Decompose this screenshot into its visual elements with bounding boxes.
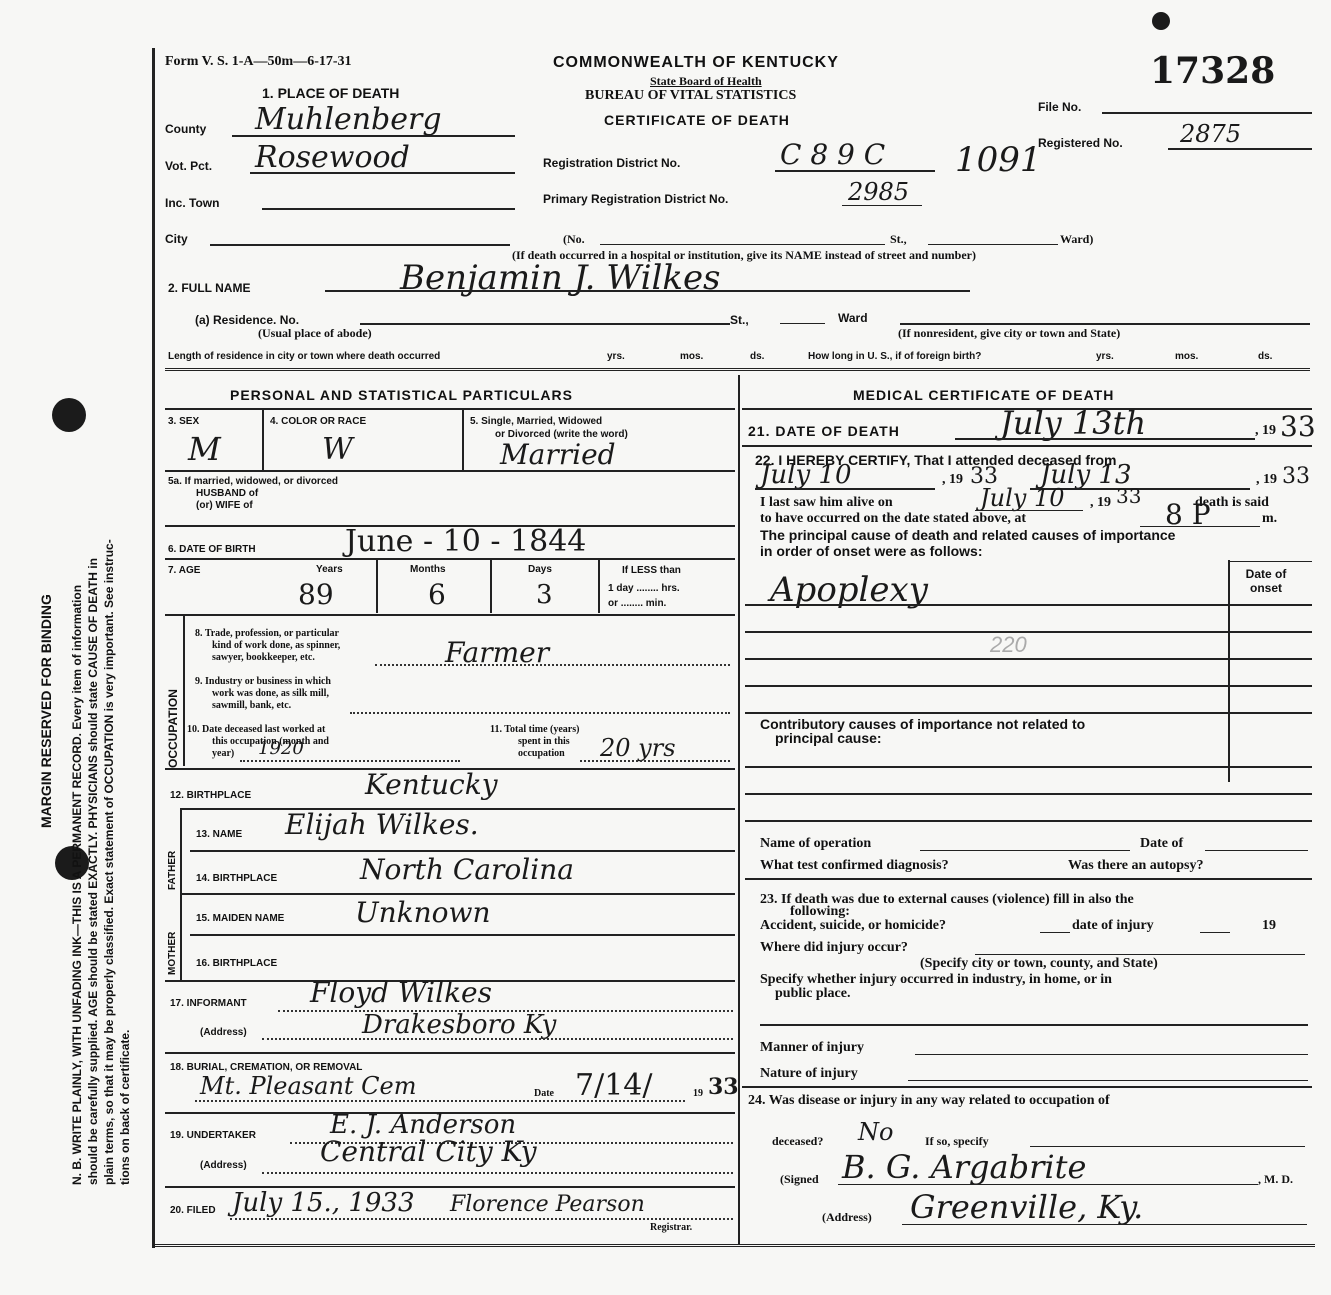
years-value[interactable]: 89 bbox=[298, 578, 334, 611]
test-label: What test confirmed diagnosis? bbox=[760, 858, 949, 874]
signed-value[interactable]: B. G. Argabrite bbox=[842, 1148, 1086, 1186]
test-bottom-line bbox=[745, 878, 1312, 880]
attended-to-year[interactable]: 33 bbox=[1282, 464, 1310, 489]
last-worked-label-1: 10. Date deceased last worked at bbox=[187, 724, 325, 735]
last-worked-value[interactable]: 1920 bbox=[258, 738, 304, 759]
occupation-side-label: OCCUPATION bbox=[166, 689, 180, 768]
spouse-label-3: (or) WIFE of bbox=[196, 500, 253, 511]
onset-top-line bbox=[1228, 561, 1312, 562]
mother-side-label: MOTHER bbox=[167, 932, 178, 975]
personal-top-line bbox=[165, 408, 735, 410]
length-ds: ds. bbox=[750, 351, 764, 362]
left-frame bbox=[152, 48, 155, 1248]
age-div-1 bbox=[376, 558, 378, 613]
board-name: State Board of Health bbox=[650, 74, 762, 89]
county-line bbox=[232, 135, 515, 137]
burial-line bbox=[195, 1100, 685, 1102]
less-than-label: If LESS than bbox=[622, 565, 681, 576]
mother-maiden-value[interactable]: Unknown bbox=[355, 896, 491, 929]
registration-district-value[interactable]: C 8 9 C bbox=[780, 138, 885, 171]
spouse-label-1: 5a. If married, widowed, or divorced bbox=[168, 476, 338, 487]
full-name-line bbox=[325, 290, 970, 292]
race-label: 4. COLOR OR RACE bbox=[270, 416, 366, 427]
manner-label: Manner of injury bbox=[760, 1040, 864, 1056]
sex-race-divider bbox=[262, 408, 264, 470]
burial-year-prefix: 19 bbox=[693, 1088, 703, 1099]
length-yrs: yrs. bbox=[607, 351, 625, 362]
length-mos: mos. bbox=[680, 351, 703, 362]
file-no-line bbox=[1102, 112, 1312, 114]
contrib-line-1 bbox=[745, 766, 1312, 768]
section-divider bbox=[165, 368, 1310, 371]
dod-line bbox=[955, 438, 1255, 440]
father-name-line bbox=[190, 850, 735, 852]
specify-line bbox=[760, 1024, 1308, 1026]
mother-maiden-line bbox=[190, 934, 735, 936]
operation-line bbox=[920, 850, 1130, 851]
filed-line bbox=[230, 1218, 733, 1220]
registrar-value[interactable]: Florence Pearson bbox=[450, 1192, 645, 1217]
total-time-label-1: 11. Total time (years) bbox=[490, 724, 579, 735]
no-line bbox=[600, 244, 885, 245]
county-value[interactable]: Muhlenberg bbox=[255, 102, 442, 137]
marital-label-1: 5. Single, Married, Widowed bbox=[470, 416, 602, 427]
residence-ward-line bbox=[780, 323, 825, 324]
attended-to-year-prefix: , 19 bbox=[1256, 472, 1277, 488]
mother-birthplace-label: 16. BIRTHPLACE bbox=[196, 958, 277, 969]
residence-sub: (Usual place of abode) bbox=[258, 326, 372, 341]
md-label: , M. D. bbox=[1258, 1172, 1293, 1187]
injury-date-label: date of injury bbox=[1072, 918, 1154, 934]
medical-address-value[interactable]: Greenville, Ky. bbox=[910, 1188, 1143, 1226]
occupation-side-divider bbox=[183, 614, 185, 766]
day-hrs: 1 day ........ hrs. bbox=[608, 583, 680, 594]
q24-line: 24. Was disease or injury in any way rel… bbox=[748, 1093, 1110, 1109]
trade-value[interactable]: Farmer bbox=[445, 636, 549, 669]
residence-line bbox=[360, 323, 730, 325]
inc-town-label: Inc. Town bbox=[165, 196, 219, 210]
inc-town-line bbox=[262, 208, 515, 210]
father-birthplace-label: 14. BIRTHPLACE bbox=[196, 873, 277, 884]
nature-label: Nature of injury bbox=[760, 1066, 858, 1082]
industry-label-2: work was done, as silk mill, bbox=[212, 688, 329, 699]
undertaker-address-value[interactable]: Central City Ky bbox=[320, 1135, 537, 1168]
vot-pct-line bbox=[250, 172, 515, 174]
dod-label: 21. DATE OF DEATH bbox=[748, 423, 900, 439]
last-worked-line bbox=[240, 760, 460, 762]
cause-intro-1: The principal cause of death and related… bbox=[760, 527, 1175, 543]
cause-intro-2: in order of onset were as follows: bbox=[760, 543, 982, 559]
corner-mark bbox=[1152, 12, 1170, 30]
full-name-label: 2. FULL NAME bbox=[168, 281, 250, 295]
dod-value[interactable]: July 13th bbox=[1000, 404, 1146, 442]
days-label: Days bbox=[528, 564, 552, 575]
contributory-2: principal cause: bbox=[775, 730, 882, 746]
file-no-label: File No. bbox=[1038, 100, 1081, 114]
or-min: or ........ min. bbox=[608, 598, 666, 609]
marital-bottom-line bbox=[165, 470, 735, 472]
margin-note-line1: N. B. WRITE PLAINLY, WITH UNFADING INK—T… bbox=[70, 585, 84, 1185]
injury-date-line bbox=[1200, 932, 1230, 933]
residence-city-line bbox=[900, 323, 1310, 325]
race-marital-divider bbox=[462, 408, 464, 470]
margin-note-line4: tions on back of certificate. bbox=[118, 1030, 132, 1185]
total-time-label-3: occupation bbox=[518, 748, 565, 759]
primary-district-label: Primary Registration District No. bbox=[543, 192, 728, 206]
registered-no-value[interactable]: 2875 bbox=[1180, 120, 1241, 148]
cause-line-3 bbox=[745, 658, 1312, 660]
certificate-title: CERTIFICATE OF DEATH bbox=[604, 112, 790, 128]
center-divider bbox=[738, 375, 740, 1245]
race-value[interactable]: W bbox=[322, 432, 353, 467]
contrib-line-3 bbox=[745, 820, 1312, 822]
occurred-line: to have occurred on the date stated abov… bbox=[760, 511, 1026, 527]
total-time-label-2: spent in this bbox=[518, 736, 570, 747]
total-time-line bbox=[580, 760, 730, 762]
birthplace-label: 12. BIRTHPLACE bbox=[170, 790, 251, 801]
residence-st-label: St., bbox=[730, 313, 749, 327]
ward-label: Ward) bbox=[1060, 232, 1093, 247]
age-div-2 bbox=[490, 558, 492, 613]
personal-heading: PERSONAL AND STATISTICAL PARTICULARS bbox=[230, 387, 573, 403]
no-label: (No. bbox=[563, 232, 585, 247]
burial-year-value[interactable]: 33 bbox=[708, 1074, 739, 1100]
dob-label: 6. DATE OF BIRTH bbox=[168, 544, 256, 555]
age-bottom-line bbox=[165, 614, 735, 616]
undertaker-label: 19. UNDERTAKER bbox=[170, 1130, 256, 1141]
trade-label-2: kind of work done, as spinner, bbox=[212, 640, 340, 651]
bottom-frame bbox=[155, 1244, 1315, 1247]
father-side-label: FATHER bbox=[167, 851, 178, 890]
state-title: COMMONWEALTH OF KENTUCKY bbox=[553, 54, 839, 72]
industry-label-3: sawmill, bank, etc. bbox=[212, 700, 291, 711]
dob-bottom-line bbox=[165, 558, 735, 560]
sex-label: 3. SEX bbox=[168, 416, 199, 427]
industry-label-1: 9. Industry or business in which bbox=[195, 676, 331, 687]
father-name-value[interactable]: Elijah Wilkes. bbox=[285, 808, 479, 841]
registered-no-label: Registered No. bbox=[1038, 136, 1123, 150]
medical-heading: MEDICAL CERTIFICATE OF DEATH bbox=[853, 387, 1114, 403]
age-label: 7. AGE bbox=[168, 565, 200, 576]
informant-value[interactable]: Floyd Wilkes bbox=[310, 976, 492, 1009]
place-of-death-heading: 1. PLACE OF DEATH bbox=[262, 85, 399, 101]
foreign-yrs: yrs. bbox=[1096, 351, 1114, 362]
foreign-ds: ds. bbox=[1258, 351, 1272, 362]
deceased-value[interactable]: No bbox=[858, 1118, 893, 1146]
industry-line bbox=[350, 712, 730, 714]
death-certificate: MARGIN RESERVED FOR BINDING N. B. WRITE … bbox=[0, 0, 1331, 1295]
city-line bbox=[210, 244, 510, 246]
accident-label: Accident, suicide, or homicide? bbox=[760, 918, 946, 934]
cause-line-5 bbox=[745, 712, 1312, 714]
registrar-label: Registrar. bbox=[650, 1222, 692, 1233]
nature-bottom-line bbox=[742, 1086, 1312, 1088]
informant-label: 17. INFORMANT bbox=[170, 998, 247, 1009]
dob-value[interactable]: June - 10 - 1844 bbox=[345, 524, 586, 559]
margin-note-line2: should be carefully supplied. AGE should… bbox=[86, 558, 100, 1185]
cause-line-1 bbox=[745, 604, 1312, 606]
file-number-value[interactable]: 17328 bbox=[1150, 50, 1275, 92]
primary-district-value[interactable]: 2985 bbox=[848, 178, 909, 206]
filed-value[interactable]: July 15., 1933 bbox=[232, 1188, 414, 1218]
nonresident-note: (If nonresident, give city or town and S… bbox=[898, 326, 1120, 341]
father-birthplace-line bbox=[180, 893, 735, 895]
where-label: Where did injury occur? bbox=[760, 940, 908, 956]
attended-from-value[interactable]: July 10 bbox=[760, 460, 852, 490]
birthplace-value[interactable]: Kentucky bbox=[365, 768, 498, 801]
ward-line bbox=[928, 244, 1058, 245]
informant-bottom-line bbox=[165, 1052, 735, 1054]
signed-line bbox=[838, 1184, 1258, 1185]
if-so-label: If so, specify bbox=[925, 1134, 989, 1149]
binding-hole-top bbox=[52, 398, 86, 432]
operation-label: Name of operation bbox=[760, 836, 871, 852]
cause-line-2 bbox=[745, 631, 1312, 633]
full-name-value[interactable]: Benjamin J. Wilkes bbox=[400, 258, 721, 298]
days-value[interactable]: 3 bbox=[536, 580, 553, 610]
vot-pct-value[interactable]: Rosewood bbox=[255, 140, 410, 175]
burial-date-label: Date bbox=[534, 1088, 554, 1099]
margin-note-line3: plain terms, so that it may be properly … bbox=[102, 539, 116, 1185]
undertaker-address-line bbox=[262, 1172, 733, 1174]
bureau-name: BUREAU OF VITAL STATISTICS bbox=[585, 88, 796, 104]
registration-district-label: Registration District No. bbox=[543, 156, 680, 170]
nature-line bbox=[908, 1080, 1308, 1081]
accident-line bbox=[1040, 932, 1070, 933]
undertaker-address-label: (Address) bbox=[200, 1160, 247, 1171]
registered-no-line bbox=[1168, 148, 1312, 150]
cause-line-4 bbox=[745, 685, 1312, 687]
onset-label: Date of onset bbox=[1236, 567, 1296, 595]
mother-maiden-label: 15. MAIDEN NAME bbox=[196, 913, 284, 924]
months-label: Months bbox=[410, 564, 446, 575]
injury-year: 19 bbox=[1262, 918, 1276, 934]
last-saw-year-prefix: , 19 bbox=[1090, 495, 1111, 511]
total-time-value[interactable]: 20 yrs bbox=[600, 734, 676, 762]
burial-place-value[interactable]: Mt. Pleasant Cem bbox=[200, 1072, 417, 1100]
age-div-3 bbox=[598, 558, 600, 613]
medical-address-label: (Address) bbox=[822, 1210, 872, 1225]
vot-pct-label: Vot. Pct. bbox=[165, 159, 212, 173]
residence-ward-label: Ward bbox=[838, 311, 868, 325]
manner-line bbox=[915, 1054, 1308, 1055]
dod-bottom-line bbox=[742, 445, 1312, 447]
where-sub: (Specify city or town, county, and State… bbox=[920, 956, 1158, 972]
residence-label: (a) Residence. No. bbox=[195, 313, 299, 327]
onset-divider bbox=[1228, 560, 1230, 782]
marital-value[interactable]: Married bbox=[500, 438, 616, 471]
last-saw-value[interactable]: July 10 bbox=[980, 484, 1064, 512]
trade-line bbox=[375, 664, 730, 666]
cause-code: 220 bbox=[990, 632, 1027, 658]
months-value[interactable]: 6 bbox=[428, 578, 446, 611]
medical-address-line bbox=[902, 1224, 1307, 1225]
trade-label-3: sawyer, bookkeeper, etc. bbox=[212, 652, 315, 663]
if-so-line bbox=[1030, 1146, 1305, 1147]
burial-date-value[interactable]: 7/14/ bbox=[575, 1068, 652, 1103]
dod-year-prefix: , 19 bbox=[1255, 423, 1276, 439]
deceased-label: deceased? bbox=[772, 1134, 823, 1149]
specify-2: public place. bbox=[775, 986, 850, 1002]
last-worked-label-3: year) bbox=[212, 748, 234, 759]
sex-value[interactable]: M bbox=[188, 430, 221, 468]
dod-year[interactable]: 33 bbox=[1280, 410, 1316, 443]
city-label: City bbox=[165, 232, 188, 246]
autopsy-label: Was there an autopsy? bbox=[1068, 858, 1203, 874]
father-name-label: 13. NAME bbox=[196, 829, 242, 840]
attended-from-year-prefix: , 19 bbox=[942, 472, 963, 488]
form-number: Form V. S. 1-A—50m—6-17-31 bbox=[165, 54, 352, 70]
trade-label-1: 8. Trade, profession, or particular bbox=[195, 628, 339, 639]
foreign-mos: mos. bbox=[1175, 351, 1198, 362]
contrib-line-2 bbox=[745, 793, 1312, 795]
registration-district-extra[interactable]: 1091 bbox=[955, 140, 1042, 180]
county-label: County bbox=[165, 122, 206, 136]
margin-binding-text: MARGIN RESERVED FOR BINDING bbox=[38, 594, 54, 828]
date-of-label: Date of bbox=[1140, 836, 1183, 852]
last-saw-prefix: I last saw him alive on bbox=[760, 495, 893, 511]
date-of-line bbox=[1205, 850, 1308, 851]
informant-address-label: (Address) bbox=[200, 1027, 247, 1038]
m-label: m. bbox=[1262, 511, 1277, 527]
attended-from-line bbox=[755, 488, 935, 490]
last-saw-year[interactable]: 33 bbox=[1116, 484, 1141, 508]
spouse-label-2: HUSBAND of bbox=[196, 488, 258, 499]
primary-district-line bbox=[842, 205, 922, 206]
where-line bbox=[975, 954, 1305, 955]
informant-address-value[interactable]: Drakesboro Ky bbox=[362, 1010, 556, 1040]
foreign-birth-label: How long in U. S., if of foreign birth? bbox=[808, 351, 981, 362]
st-label: St., bbox=[890, 232, 907, 247]
years-label: Years bbox=[316, 564, 343, 575]
filed-label: 20. FILED bbox=[170, 1205, 216, 1216]
length-residence-label: Length of residence in city or town wher… bbox=[168, 351, 440, 362]
father-birthplace-value[interactable]: North Carolina bbox=[360, 853, 574, 886]
signed-label: (Signed bbox=[780, 1172, 819, 1187]
informant-address-line bbox=[262, 1038, 733, 1040]
registration-district-line bbox=[775, 170, 935, 172]
